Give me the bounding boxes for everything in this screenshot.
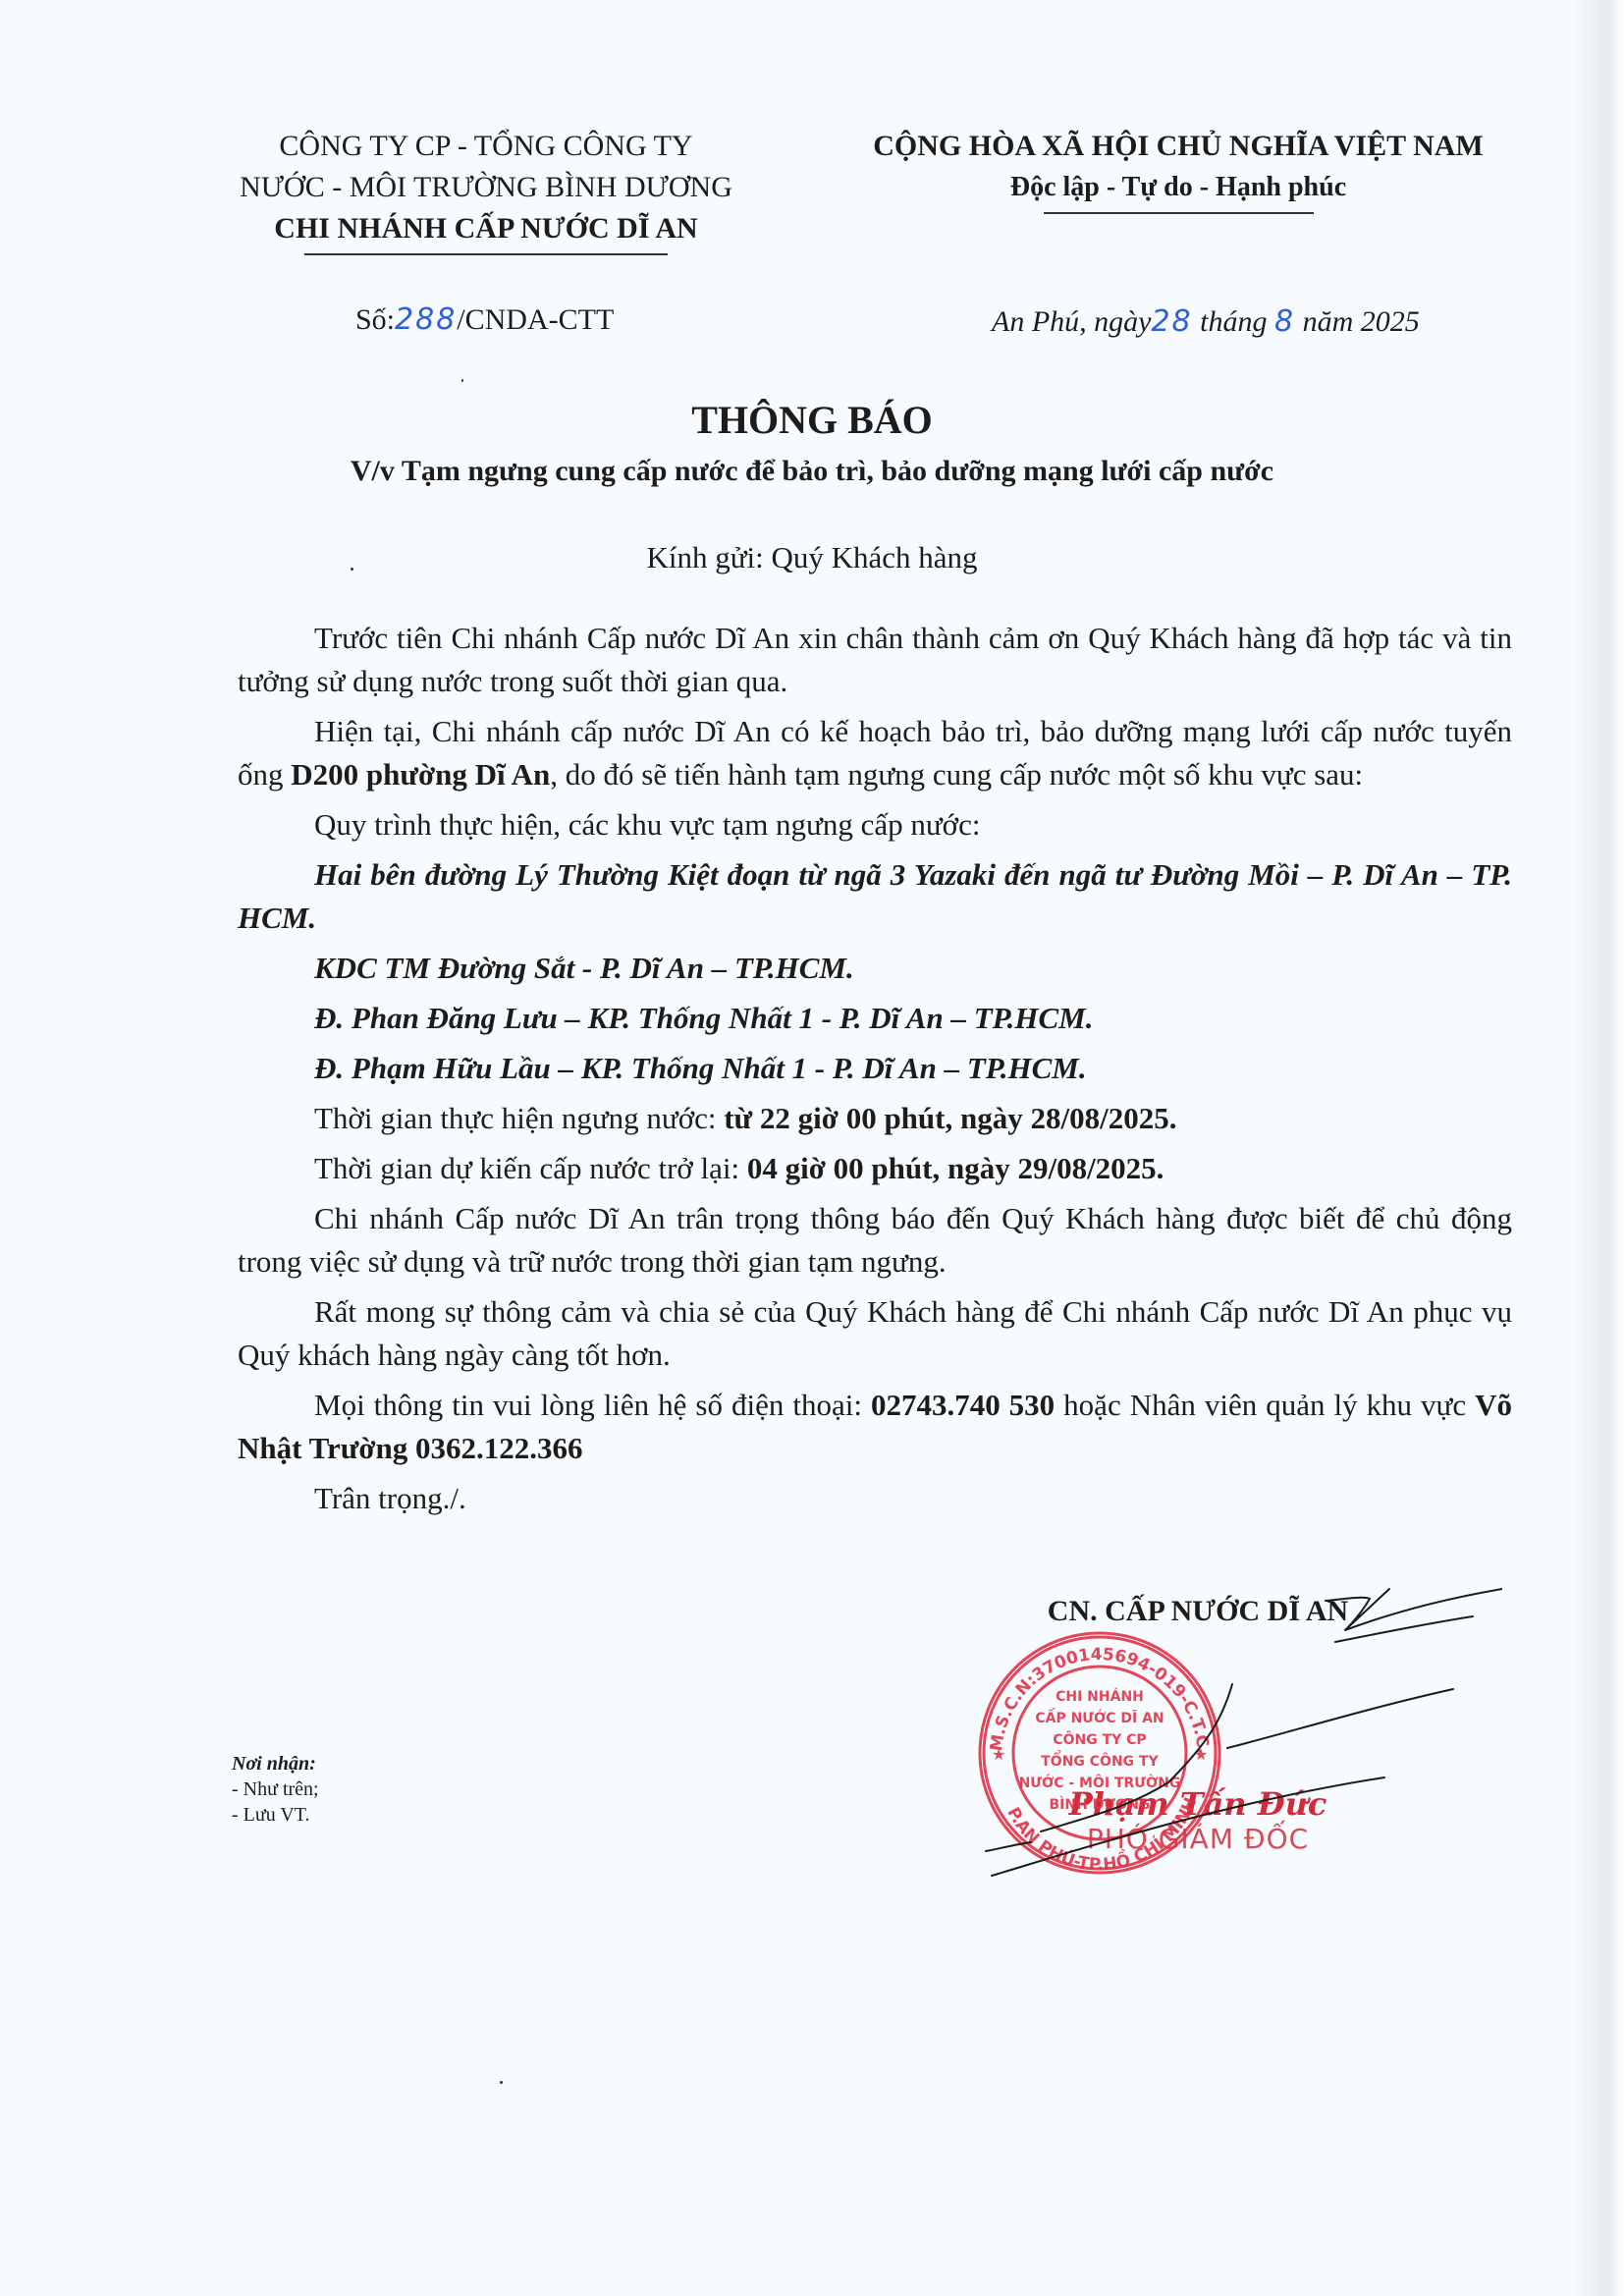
resume-time-label: Thời gian dự kiến cấp nước trở lại: [314,1151,747,1185]
areas-intro: Quy trình thực hiện, các khu vực tạm ngư… [238,803,1512,847]
seal-line: BÌNH DƯƠNG [1050,1796,1151,1813]
thanks-paragraph: Rất mong sự thông cảm và chia sẻ của Quý… [238,1290,1512,1377]
area-item: Đ. Phan Đăng Lưu – KP. Thống Nhất 1 - P.… [238,997,1512,1040]
seal-line: TỔNG CÔNG TY [1041,1750,1159,1770]
document-number: Số:288/CNDA-CTT [355,302,614,337]
issuer-line-1: CÔNG TY CP - TỔNG CÔNG TY [211,126,761,167]
stop-time-label: Thời gian thực hiện ngưng nước: [314,1101,724,1135]
recipients-list: Nơi nhận: - Như trên; - Lưu VT. [232,1751,319,1828]
national-motto: Độc lập - Tự do - Hạnh phúc [815,167,1542,208]
place-label: An Phú, ngày [992,305,1151,338]
document-body: Trước tiên Chi nhánh Cấp nước Dĩ An xin … [238,617,1512,1527]
stop-time: Thời gian thực hiện ngưng nước: từ 22 gi… [238,1097,1512,1140]
seal-line: CÔNG TY CP [1053,1730,1146,1748]
nation-title: CỘNG HÒA XÃ HỘI CHỦ NGHĨA VIỆT NAM [815,126,1542,167]
document-title: THÔNG BÁO [0,397,1624,443]
area-item: Hai bên đường Lý Thường Kiệt đoạn từ ngã… [238,853,1512,940]
seal-line: CHI NHÁNH [1056,1688,1144,1705]
date-day: 28 [1151,304,1192,339]
place-date: An Phú, ngày28 tháng 8 năm 2025 [992,304,1420,339]
scan-speck [461,379,463,382]
intro-paragraph: Trước tiên Chi nhánh Cấp nước Dĩ An xin … [238,617,1512,703]
pipeline-name: D200 phường Dĩ An [291,757,550,792]
stop-time-value: từ 22 giờ 00 phút, ngày 28/08/2025. [724,1101,1176,1135]
plan-paragraph: Hiện tại, Chi nhánh cấp nước Dĩ An có kế… [238,710,1512,796]
motto-underline [1044,212,1314,214]
notice-paragraph: Chi nhánh Cấp nước Dĩ An trân trọng thôn… [238,1197,1512,1284]
month-label: tháng [1200,305,1267,338]
official-seal-icon: M.S.C.N:3700145694-019-C.T.C.P P.AN PHÚ-… [972,1620,1227,1876]
recipients-header: Nơi nhận: [232,1751,319,1777]
resume-time: Thời gian dự kiến cấp nước trở lại: 04 g… [238,1147,1512,1190]
national-header: CỘNG HÒA XÃ HỘI CHỦ NGHĨA VIỆT NAM Độc l… [815,126,1542,214]
doc-number-prefix: Số: [355,303,395,336]
seal-line: NƯỚC - MÔI TRƯỜNG [1019,1774,1181,1791]
recipient-item: - Như trên; [232,1777,319,1802]
seal-line: CẤP NƯỚC DĨ AN [1035,1707,1164,1726]
recipient-item: - Lưu VT. [232,1802,319,1828]
issuer-line-2: NƯỚC - MÔI TRƯỜNG BÌNH DƯƠNG [211,167,761,208]
svg-text:★: ★ [1194,1745,1208,1764]
scan-speck [500,2081,503,2084]
svg-text:★: ★ [992,1745,1005,1764]
plan-text-end: , do đó sẽ tiến hành tạm ngưng cung cấp … [550,757,1363,792]
doc-number-suffix: /CNDA-CTT [457,303,614,336]
contact-text-2: hoặc Nhân viên quản lý khu vực [1055,1388,1475,1422]
issuer-branch: CHI NHÁNH CẤP NƯỚC DĨ AN [211,208,761,249]
year-label: năm 2025 [1303,305,1420,338]
contact-paragraph: Mọi thông tin vui lòng liên hệ số điện t… [238,1384,1512,1470]
resume-time-value: 04 giờ 00 phút, ngày 29/08/2025. [747,1151,1164,1185]
date-month: 8 [1274,304,1295,339]
document-subject: V/v Tạm ngưng cung cấp nước để bảo trì, … [0,455,1624,488]
salutation: Kính gửi: Quý Khách hàng [0,540,1624,575]
issuer-underline [304,253,668,255]
contact-text: Mọi thông tin vui lòng liên hệ số điện t… [314,1388,871,1422]
issuer-header: CÔNG TY CP - TỔNG CÔNG TY NƯỚC - MÔI TRƯ… [211,126,761,255]
area-item: KDC TM Đường Sắt - P. Dĩ An – TP.HCM. [238,947,1512,990]
contact-phone: 02743.740 530 [871,1388,1055,1422]
area-item: Đ. Phạm Hữu Lầu – KP. Thống Nhất 1 - P. … [238,1047,1512,1090]
closing: Trân trọng./. [238,1477,1512,1520]
doc-number-handwritten: 288 [395,302,457,337]
scan-speck [351,568,353,571]
scan-edge-shadow [1571,0,1624,2296]
